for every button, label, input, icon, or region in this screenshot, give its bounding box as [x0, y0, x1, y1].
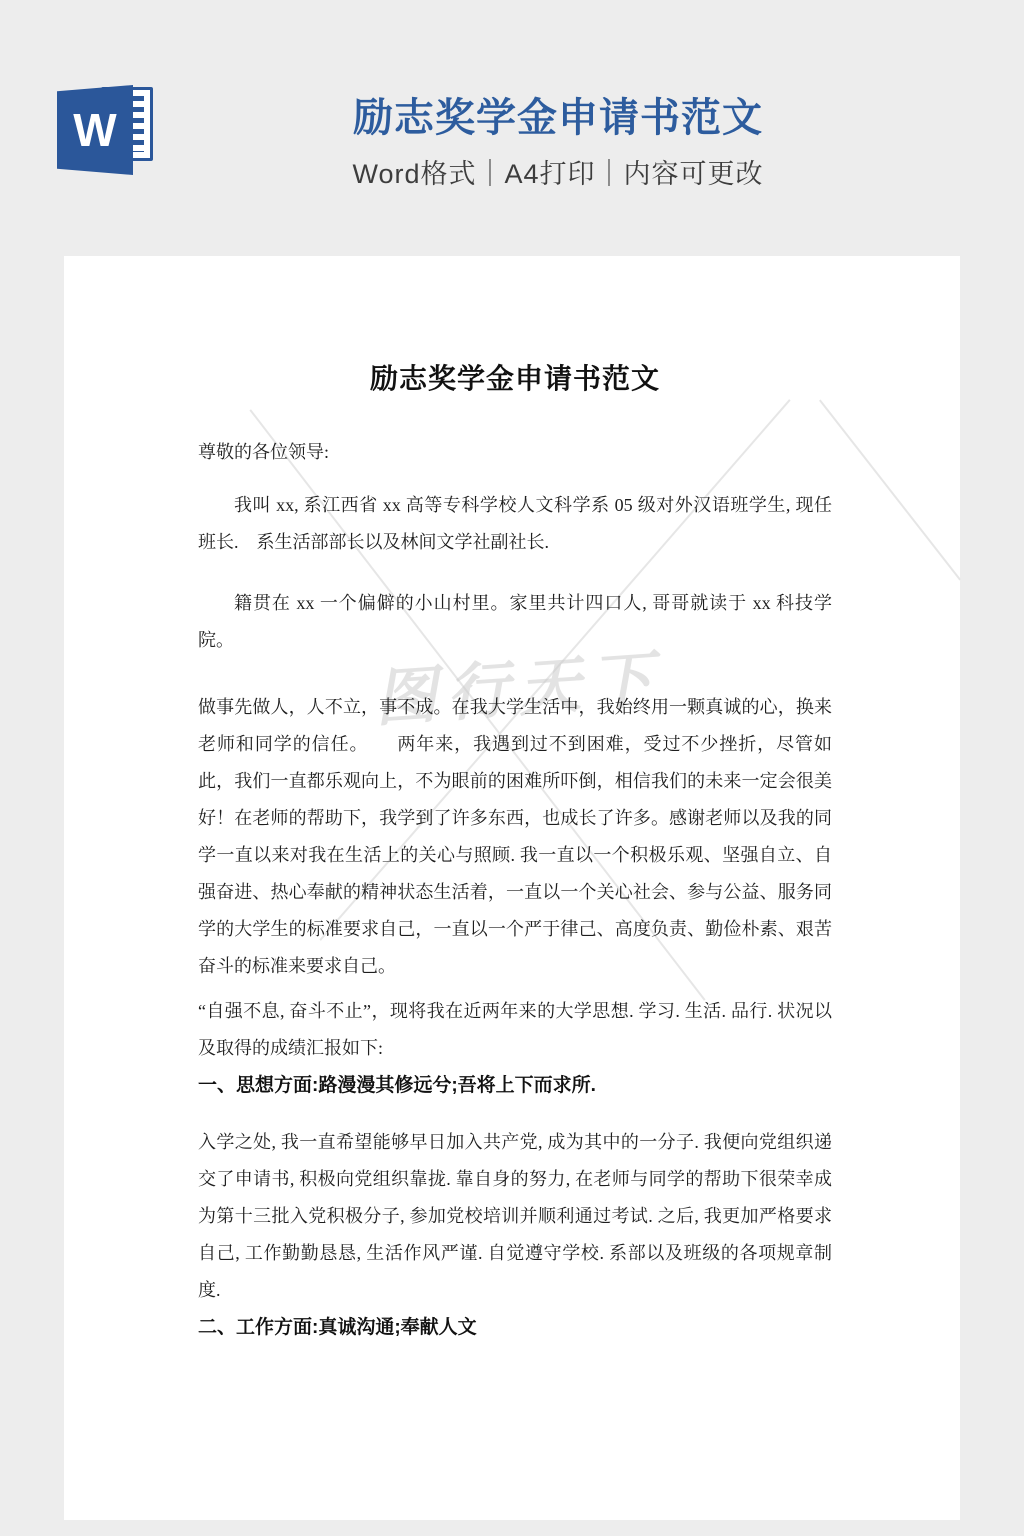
header: 励志奖学金申请书范文 Word格式｜A4打印｜内容可更改	[92, 94, 1024, 191]
document-section-heading: 一、思想方面:路漫漫其修远兮;吾将上下而求所.	[198, 1067, 832, 1104]
document-section-heading: 二、工作方面:真诚沟通;奉献人文	[198, 1309, 832, 1346]
document-content: 励志奖学金申请书范文 尊敬的各位领导: 我叫 xx, 系江西省 xx 高等专科学…	[64, 256, 960, 1346]
document-paragraph: 做事先做人，人不立，事不成。在我大学生活中，我始终用一颗真诚的心，换来老师和同学…	[198, 689, 832, 985]
document-title: 励志奖学金申请书范文	[198, 360, 832, 400]
document-paragraph: 入学之处, 我一直希望能够早日加入共产党, 成为其中的一分子. 我便向党组织递交…	[198, 1124, 832, 1309]
template-preview-canvas: W 励志奖学金申请书范文 Word格式｜A4打印｜内容可更改 图行天下 励志奖学…	[0, 0, 1024, 1536]
page-title: 励志奖学金申请书范文	[92, 94, 1024, 142]
document-greeting: 尊敬的各位领导:	[198, 434, 832, 471]
bottom-background-strip	[0, 1520, 1024, 1536]
document-paragraph: 籍贯在 xx 一个偏僻的小山村里。家里共计四口人, 哥哥就读于 xx 科技学院。	[198, 585, 832, 659]
document-paragraph: “自强不息, 奋斗不止”，现将我在近两年来的大学思想. 学习. 生活. 品行. …	[198, 993, 832, 1067]
document-page: 图行天下 励志奖学金申请书范文 尊敬的各位领导: 我叫 xx, 系江西省 xx …	[64, 256, 960, 1520]
page-subtitle: Word格式｜A4打印｜内容可更改	[92, 152, 1024, 191]
document-paragraph: 我叫 xx, 系江西省 xx 高等专科学校人文科学系 05 级对外汉语班学生, …	[198, 487, 832, 561]
